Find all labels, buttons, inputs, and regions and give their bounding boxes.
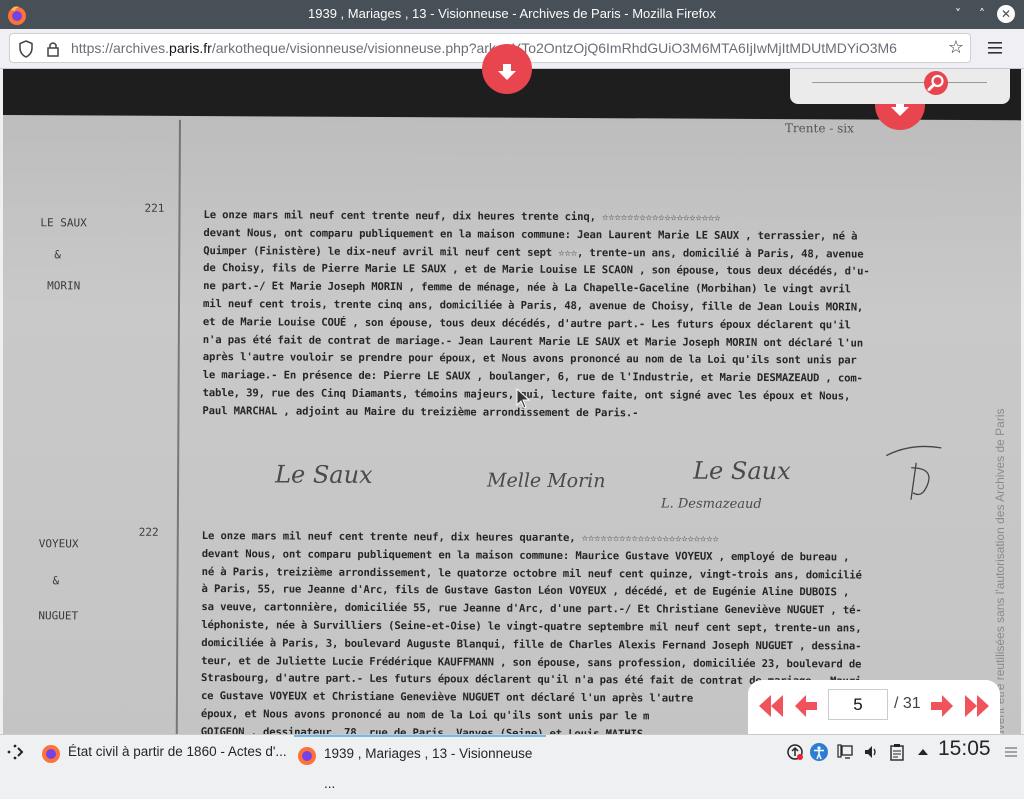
window-title: 1939 , Mariages , 13 - Visionneuse - Arc… xyxy=(0,6,1024,21)
zoom-slider-track[interactable] xyxy=(812,82,987,83)
firefox-icon xyxy=(296,744,318,766)
minimize-button[interactable]: ˅ xyxy=(949,5,967,23)
document-viewer[interactable]: Trente - six 221 LE SAUX & MORIN Le onze… xyxy=(3,69,1021,734)
signature: L. Desmazeaud xyxy=(661,496,762,512)
signature-flourish xyxy=(881,438,951,508)
first-page-icon[interactable] xyxy=(758,694,784,718)
clipboard-icon[interactable] xyxy=(888,743,906,761)
magnifier-icon xyxy=(924,71,948,95)
arrow-down-icon xyxy=(497,62,517,82)
page-number-input[interactable]: 5 xyxy=(828,689,888,720)
app-launcher-icon[interactable] xyxy=(6,743,24,761)
bookmark-star-icon[interactable]: ☆ xyxy=(948,37,964,58)
entry-name-groom: LE SAUX xyxy=(40,216,86,229)
entry-name-bride: MORIN xyxy=(47,279,80,292)
hamburger-menu-icon[interactable] xyxy=(986,39,1004,57)
next-page-icon[interactable] xyxy=(930,694,954,718)
page-total: / 31 xyxy=(894,695,921,713)
window-titlebar: 1939 , Mariages , 13 - Visionneuse - Arc… xyxy=(0,0,1024,29)
update-notifier-icon[interactable] xyxy=(786,743,804,761)
clock[interactable]: 15:05 xyxy=(938,737,991,761)
taskbar-item-etat-civil[interactable]: État civil à partir de 1860 - Actes d'..… xyxy=(38,737,290,767)
scanned-register-page: Trente - six 221 LE SAUX & MORIN Le onze… xyxy=(3,115,1021,734)
scroll-down-button[interactable] xyxy=(482,44,532,94)
margin-rule xyxy=(176,120,181,734)
entry-ampersand: & xyxy=(53,574,60,587)
signature: Le Saux xyxy=(275,460,373,489)
shield-icon[interactable] xyxy=(18,40,34,58)
taskbar: État civil à partir de 1860 - Actes d'..… xyxy=(0,734,1024,768)
taskbar-item-visionneuse[interactable]: 1939 , Mariages , 13 - Visionneuse ... xyxy=(294,735,546,767)
page-navigator: 5 / 31 xyxy=(748,680,1000,734)
taskbar-menu-icon[interactable] xyxy=(1004,745,1018,759)
signature: Melle Morin xyxy=(487,470,606,493)
entry-name-bride: NUGUET xyxy=(38,609,78,622)
page-header: Trente - six xyxy=(785,121,854,135)
lock-icon[interactable] xyxy=(46,40,60,58)
entry-number: 222 xyxy=(139,526,159,539)
zoom-panel xyxy=(790,69,1010,104)
entry-number: 221 xyxy=(144,202,164,215)
entry-name-groom: VOYEUX xyxy=(39,537,79,550)
last-page-icon[interactable] xyxy=(964,694,990,718)
accessibility-icon[interactable] xyxy=(810,743,828,761)
maximize-button[interactable]: ˄ xyxy=(973,5,991,23)
entry-text: Le onze mars mil neuf cent trente neuf, … xyxy=(202,207,870,424)
tray-expand-icon[interactable] xyxy=(914,743,932,761)
copyright-watermark: Ne peuvent être reutilisées sans l'autor… xyxy=(993,369,1007,734)
close-button[interactable]: ✕ xyxy=(997,5,1015,23)
zoom-slider-handle[interactable] xyxy=(924,71,948,95)
mouse-cursor-icon xyxy=(516,388,530,410)
volume-icon[interactable] xyxy=(862,743,880,761)
signature: Le Saux xyxy=(693,457,791,486)
firefox-icon xyxy=(40,742,62,764)
network-icon[interactable] xyxy=(836,743,854,761)
previous-page-icon[interactable] xyxy=(794,694,818,718)
entry-ampersand: & xyxy=(54,248,61,261)
